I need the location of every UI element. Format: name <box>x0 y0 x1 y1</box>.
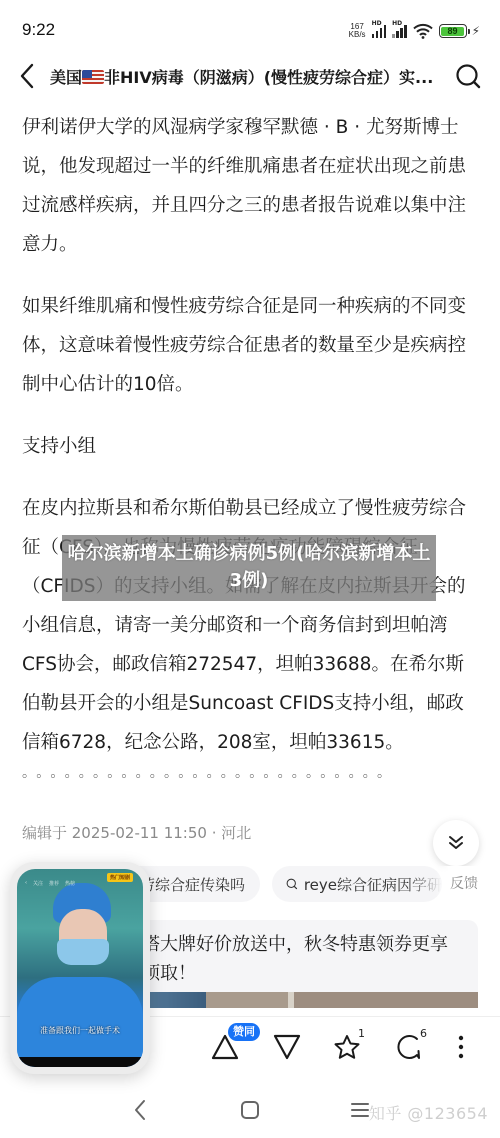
network-speed: 167 KB/s <box>349 23 366 39</box>
cell-signal-icon: HD <box>372 24 387 38</box>
back-button[interactable] <box>8 56 46 96</box>
article-dots-divider: 。。。。。。。。。。。。。。。。。。。。。。。。。。 <box>22 762 398 782</box>
page-title: 美国非HIV病毒（阴滋病）(慢性疲劳综合症）实... <box>46 65 448 88</box>
double-chevron-down-icon <box>447 834 465 852</box>
status-bar: 9:22 167 KB/s HD HD 89 ⚡ <box>0 0 500 56</box>
downvote-triangle-icon <box>272 1033 302 1061</box>
favorite-count: 1 <box>358 1027 365 1040</box>
charging-icon: ⚡ <box>472 24 480 38</box>
feedback-link[interactable]: 反馈 <box>436 866 478 902</box>
article-subheading: 支持小组 <box>22 427 482 466</box>
search-icon <box>455 63 481 89</box>
downvote-button[interactable] <box>265 1025 309 1069</box>
article-paragraph: 如果纤维肌痛和慢性疲劳综合征是同一种疾病的不同变体，这意味着慢性疲劳综合征患者的… <box>22 287 482 404</box>
cell-signal-icon-2: HD <box>392 24 407 38</box>
more-options-button[interactable] <box>439 1025 483 1069</box>
search-icon <box>286 875 298 893</box>
search-button[interactable] <box>448 56 488 96</box>
wifi-icon <box>413 23 433 39</box>
chevron-left-icon <box>133 1099 147 1121</box>
system-back-button[interactable] <box>120 1095 160 1125</box>
chevron-left-icon <box>19 63 35 89</box>
scroll-to-next-button[interactable] <box>433 820 479 866</box>
favorite-button[interactable]: 1 <box>325 1025 369 1069</box>
more-vertical-icon <box>457 1034 465 1060</box>
ad-text: 搭大牌好价放送中，秋冬特惠领券更享 领取！ <box>142 930 472 988</box>
article-paragraph: 在皮内拉斯县和希尔斯伯勒县已经成立了慢性疲劳综合征（CFS），也称为慢性疲劳免疫… <box>22 489 482 762</box>
system-home-button[interactable] <box>230 1095 270 1125</box>
system-navigation-bar: 知乎 @123654 <box>0 1085 500 1138</box>
video-scene <box>17 977 143 1067</box>
square-home-icon <box>240 1100 260 1120</box>
status-time: 9:22 <box>22 20 55 40</box>
battery-icon: 89 ⚡ <box>439 24 480 38</box>
related-search-chip[interactable]: reye综合征病因学研 <box>272 866 442 902</box>
overlay-news-banner[interactable]: 哈尔滨新增本土确诊病例5例(哈尔滨新增本土3例) <box>62 535 436 601</box>
top-nav: 美国非HIV病毒（阴滋病）(慢性疲劳综合症）实... <box>0 56 500 96</box>
back-icon: ‹ <box>25 880 27 886</box>
menu-lines-icon <box>350 1101 370 1119</box>
upvote-badge: 赞同 <box>228 1023 260 1041</box>
article-paragraph: 伊利诺伊大学的风湿病学家穆罕默德 · B · 尤努斯博士说，他发现超过一半的纤维… <box>22 108 482 264</box>
video-frame[interactable]: ‹ 关注 推荐 热榜 热门短剧 准备跟我们一起做手术 <box>17 869 143 1067</box>
comment-button[interactable]: 6 <box>387 1025 431 1069</box>
us-flag-icon <box>82 70 104 84</box>
status-icons: 167 KB/s HD HD 89 ⚡ <box>349 20 480 42</box>
watermark: 知乎 @123654 <box>369 1101 488 1124</box>
floating-video-player[interactable]: ‹ 关注 推荐 热榜 热门短剧 准备跟我们一起做手术 <box>10 862 150 1074</box>
edit-timestamp: 编辑于 2025-02-11 11:50 · 河北 <box>22 822 251 843</box>
video-tag: 热门短剧 <box>107 873 133 882</box>
comment-count: 6 <box>420 1027 427 1040</box>
article-body: 伊利诺伊大学的风湿病学家穆罕默德 · B · 尤努斯博士说，他发现超过一半的纤维… <box>22 108 482 785</box>
video-subtitle: 准备跟我们一起做手术 <box>17 1025 143 1036</box>
